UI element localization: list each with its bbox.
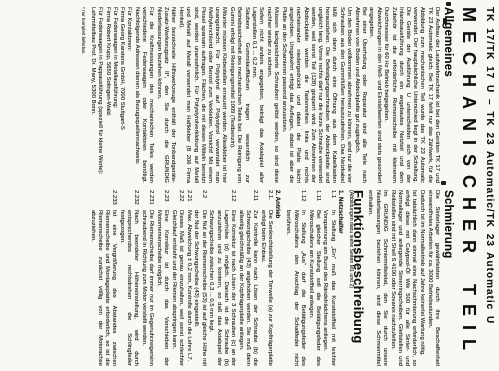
paragraph: Dadurch ist im Normalbetrieb auf Jahre k… (418, 190, 425, 366)
address-line: Firma Georg Karstens GmbH, 7000 Stuttgar… (118, 7, 125, 183)
item-text: Max. Abweichung ± 0,2 mm, Kontrolle durc… (185, 210, 192, 366)
list-item: 1.11 Bei gleicher Stellung soll die Betä… (306, 190, 320, 366)
list-item: 2.22 Dieses Maß ist genau einzuhalten, w… (170, 190, 184, 366)
item-text: Die Senkrechtstellung der Tonwelle (a) z… (259, 210, 273, 366)
list-item: 2.232 Nach beendeter Höheneinstellung, w… (118, 190, 140, 366)
heading-schmierung: Schmierung (444, 190, 451, 366)
item-number: 1.11 (306, 190, 320, 210)
scanned-manual-page: TK 17/TK 17 U – TK 23 Automatic/TK 23 Au… (0, 0, 499, 371)
paragraph: Für die Kraftmessungen des mechanischen … (133, 7, 155, 183)
address-line: Für Federwaagen in Metallausführung: (111, 7, 118, 183)
list-item: 2.1. Die Senkrechtstellung der Tonwelle … (259, 190, 273, 366)
footnote: * nur komplett lieferbar. (80, 7, 87, 183)
list-item: 2.231 Die Riemenscheibe darf immer nur i… (140, 190, 154, 366)
column-allgemeines: Allgemeines Der Aufbau der Laufwerkmecha… (80, 7, 451, 183)
item-number: 1.1 (321, 190, 335, 210)
heading-funktionsbeschreibung: Funktionsbeschreibung (355, 190, 362, 366)
item-text: Eine Korrektur ist durch das Verschieben… (155, 210, 169, 366)
address-line: Lehrmittelbau Prof. Dr. Many, 5300 Bonn. (89, 7, 96, 183)
scan-ink-speck (443, 18, 447, 24)
item-text: Dieses Maß ist genau einzuhalten, weil s… (170, 210, 184, 366)
list-item: 2.23 Eine Korrektur ist durch das Versch… (155, 190, 169, 366)
column-schmierung-funktionsbeschreibung: Schmierung Die Sinterlager gewährleisten… (80, 190, 451, 366)
item-number: 2.232 (118, 190, 140, 210)
section-heading-netzschalter: 1. Netzschalter (337, 190, 344, 366)
paragraph: Ist tatsächlich dann einmal eine Nachsch… (388, 190, 417, 366)
item-text: Die Riemenscheibe darf immer nur im Gege… (140, 210, 154, 366)
address-line: Für Kontaktoren: (125, 7, 132, 183)
paragraph: Mitunter müssen Klebestellen erneuert we… (177, 7, 227, 183)
two-column-layout: Allgemeines Der Aufbau der Laufwerkmecha… (80, 7, 451, 366)
heading-allgemeines: Allgemeines (444, 7, 451, 183)
page-title: TK 17/TK 17 U – TK 23 Automatic/TK 23 Au… (484, 7, 495, 366)
rotated-page: TK 17/TK 17 U – TK 23 Automatic/TK 23 Au… (0, 0, 499, 371)
address-line: Für Federwaagen in Pappausführung (spezi… (96, 7, 103, 183)
list-item: 2.21 Max. Abweichung ± 0,2 mm, Kontrolle… (185, 190, 192, 366)
section-heading-antrieb: 2. Antrieb (274, 190, 281, 366)
list-item: 2.2 Die Nut an der Riemenscheibe (53) is… (192, 190, 206, 366)
paragraph: Säubere Gummilaufflächen tragen wesentli… (228, 7, 250, 183)
list-item: 2.11 Zur Kontrolle kann nach Lösen der S… (237, 190, 259, 366)
paragraph: Die Sinterlager gewährleisten durch ihre… (425, 190, 439, 366)
item-text: Bei gleicher Stellung soll die Betätigun… (306, 210, 320, 366)
list-item: 1.12 In Stellung „Aus“ darf die Betätigu… (284, 190, 306, 366)
item-number: 2.1. (259, 190, 273, 210)
item-text: Nach beendeter Höheneinstellung, wird du… (118, 210, 140, 366)
item-number: 2.2 (192, 190, 206, 210)
paragraph: Bei einer Überholung oder Reparatur sind… (352, 7, 366, 183)
item-number: 2.11 (237, 190, 259, 210)
paragraph: Sofern nicht anders angegeben, beträgt d… (250, 7, 264, 183)
item-number: 2.231 (140, 190, 154, 210)
item-text: Eine Korrektur ist nach Lösen der 3 Schr… (207, 210, 236, 366)
item-text: In Stellung „Aus“ darf die Betätigungsfe… (284, 210, 306, 366)
item-number: 2.233 (88, 190, 117, 210)
scan-ink-speck (446, 2, 451, 6)
main-heading-mechanischer-teil: MECHANISCHER TEIL (458, 7, 479, 366)
item-number: 2.23 (155, 190, 169, 210)
item-text: Zur Kontrolle kann nach Lösen der Schrau… (237, 210, 259, 366)
paragraph: Näher bezeichnete Hilfswerkzeuge enthält… (155, 7, 177, 183)
item-number: 1.12 (284, 190, 306, 210)
paragraph: Abweichungen in den Meß- und Einstellwer… (367, 7, 381, 183)
list-item: 2.12 Eine Korrektur ist nach Lösen der 3… (207, 190, 236, 366)
paragraph: Müssen lackgesicherte Schrauben gelöst w… (265, 7, 279, 183)
address-line: Firma Robert Krupp, 5650 Solingen-Wald. (103, 7, 110, 183)
item-text: In Stellung „Ein“ muß das Kunststoffteil… (321, 210, 335, 366)
scan-ink-speck (441, 181, 446, 185)
list-item: 1.1 In Stellung „Ein“ muß das Kunststoff… (321, 190, 335, 366)
list-item: 2.233 Ist eine Vergrößerung des Abstande… (88, 190, 117, 366)
item-text: Ist eine Vergrößerung des Abstandes zwis… (88, 210, 117, 366)
item-number: 2.21 (185, 190, 192, 210)
item-number: 2.12 (207, 190, 236, 210)
paragraph: Um den Boden vollkommen abnehmen zu könn… (280, 7, 352, 183)
item-text: Die Nut an der Riemenscheibe (53) ist au… (192, 210, 206, 366)
item-number: 2.22 (170, 190, 184, 210)
paragraph: Der Aufbau der Laufwerkmechanik ist bei … (382, 7, 440, 183)
paragraph: Im GRUNDIG Schmiermitteletat, den Sie du… (366, 190, 388, 366)
